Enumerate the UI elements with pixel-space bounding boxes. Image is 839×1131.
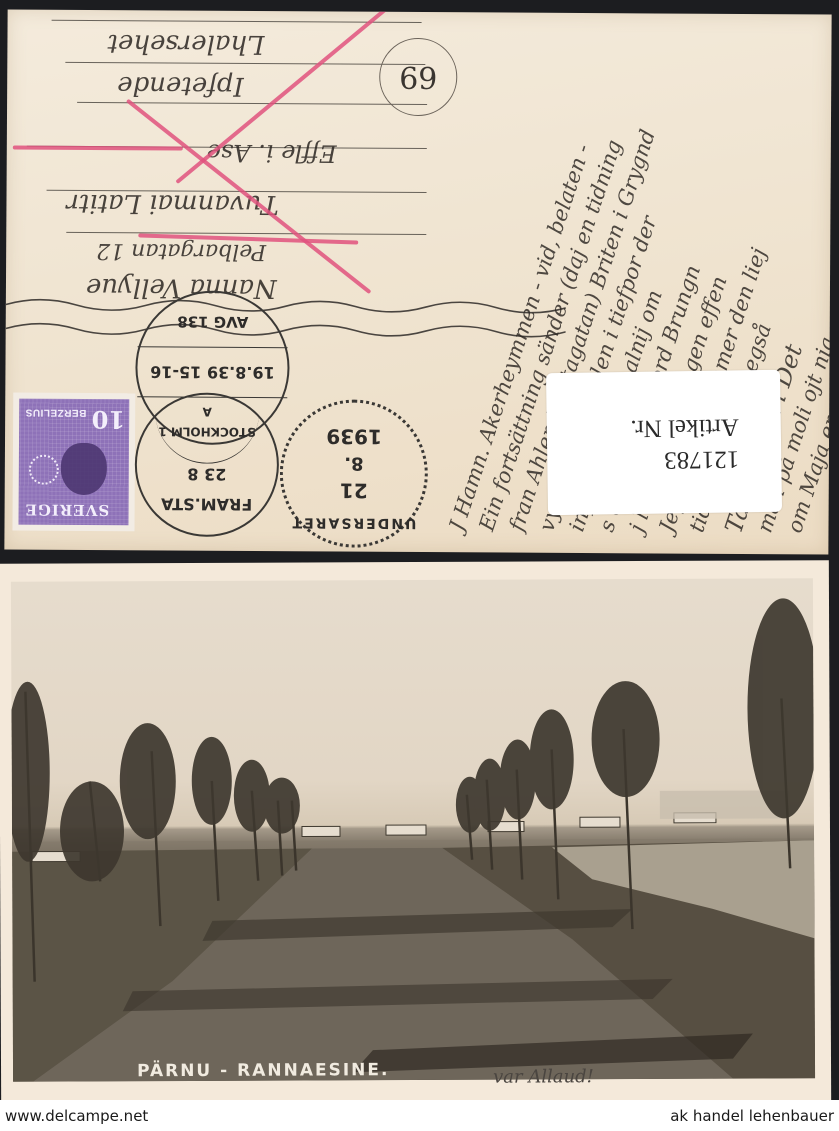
postage-stamp: SVERIGE 10 BERZELIUS xyxy=(12,393,135,532)
promenade-scene xyxy=(11,578,815,1081)
postmark-text: 21 xyxy=(283,478,425,503)
photo-caption: PÄRNU - RANNAESINE. xyxy=(137,1060,390,1081)
portrait-icon xyxy=(61,443,107,495)
sepia-photograph: PÄRNU - RANNAESINE. xyxy=(11,578,815,1081)
address-line-2: Ipfetende xyxy=(117,70,244,101)
postmark-text: 19.8.39 15-16 xyxy=(137,362,287,382)
postmark-text: AVG 138 xyxy=(138,312,288,331)
address-line-5: Pelbargatan 12 xyxy=(96,238,266,264)
postmark-undersaker: 1939 8. 21 UNDERSARET xyxy=(279,399,428,548)
postmark-text: STOCKHOLM 1 xyxy=(137,424,277,439)
postmark-stockholm: STOCKHOLM 1 A 23 8 FRAM.STA xyxy=(134,392,279,537)
postmark-text: UNDERSARET xyxy=(282,514,424,531)
site-url[interactable]: www.delcampe.net xyxy=(5,1107,148,1125)
postcard-back: Lhalersehet Ipfetende Effle i. Ase Tuvan… xyxy=(4,9,831,554)
postmark-text: A xyxy=(137,404,277,419)
postmark-text: FRAM.STA xyxy=(137,494,277,514)
sun-emblem-icon xyxy=(29,455,59,485)
stamp-value: 10 xyxy=(92,405,126,434)
stamp-country: SVERIGE xyxy=(25,501,110,520)
postmark-text: 23 8 xyxy=(137,464,277,484)
article-label-title: Artikel Nr. xyxy=(630,412,739,442)
postmark-text: 8. xyxy=(283,452,425,474)
address-rule xyxy=(66,232,426,235)
article-label-number: 121783 xyxy=(664,444,739,473)
seller-name: ak handel lehenbauer xyxy=(670,1107,834,1125)
watermark-footer: www.delcampe.net ak handel lehenbauer xyxy=(0,1100,839,1131)
postmark-text: 1939 xyxy=(283,424,425,449)
pink-strike-line xyxy=(13,146,183,151)
stamp-face: SVERIGE 10 BERZELIUS xyxy=(19,399,130,526)
postcard-front: PÄRNU - RANNAESINE. var Allaud! xyxy=(0,560,831,1104)
article-number-label: Artikel Nr. 121783 xyxy=(546,370,782,515)
address-line-1: Lhalersehet xyxy=(107,28,264,59)
stamp-name: BERZELIUS xyxy=(25,407,86,418)
address-rule xyxy=(65,62,425,65)
handwritten-signature: var Allaud! xyxy=(493,1066,594,1087)
